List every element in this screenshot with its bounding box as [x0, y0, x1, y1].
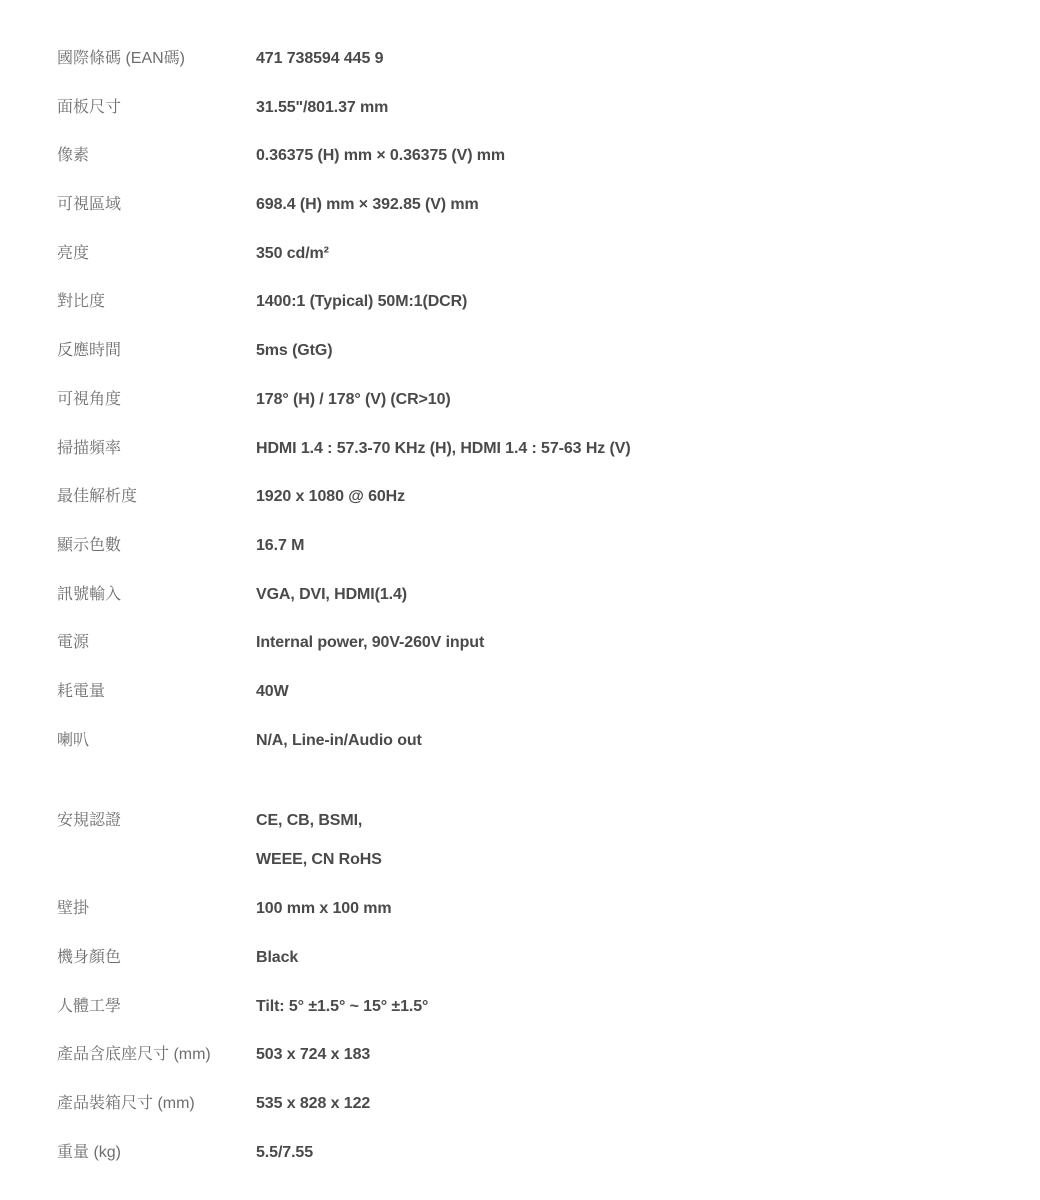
spec-row: 對比度 1400:1 (Typical) 50M:1(DCR): [57, 291, 1020, 340]
spec-value-line: 5ms (GtG): [256, 340, 1020, 361]
spec-value-line: 1400:1 (Typical) 50M:1(DCR): [256, 291, 1020, 312]
spec-value-line: 503 x 724 x 183: [256, 1044, 1020, 1065]
spec-label: 訊號輸入: [57, 584, 256, 605]
spec-label: 像素: [57, 145, 256, 166]
spec-row: 掃描頻率 HDMI 1.4 : 57.3-70 KHz (H), HDMI 1.…: [57, 438, 1020, 487]
spec-row: 可視區域 698.4 (H) mm × 392.85 (V) mm: [57, 194, 1020, 243]
spec-value: 5ms (GtG): [256, 340, 1020, 361]
spec-value: 31.55"/801.37 mm: [256, 97, 1020, 118]
spec-label: 可視區域: [57, 194, 256, 215]
spec-row: 國際條碼 (EAN碼) 471 738594 445 9: [57, 48, 1020, 97]
spec-row: 耗電量 40W: [57, 681, 1020, 730]
spec-label: 對比度: [57, 291, 256, 312]
spec-value: 100 mm x 100 mm: [256, 898, 1020, 919]
spec-row: 像素 0.36375 (H) mm × 0.36375 (V) mm: [57, 145, 1020, 194]
spec-value: 40W: [256, 681, 1020, 702]
spec-value-line: WEEE, CN RoHS: [256, 849, 1020, 870]
page: { "page": { "background": "#ffffff", "la…: [0, 0, 1040, 1200]
spec-row: 亮度 350 cd/m²: [57, 243, 1020, 292]
spec-row: 訊號輸入 VGA, DVI, HDMI(1.4): [57, 584, 1020, 633]
spec-value-line: Black: [256, 947, 1020, 968]
spec-label: 壁掛: [57, 898, 256, 919]
spec-row: 可視角度 178° (H) / 178° (V) (CR>10): [57, 389, 1020, 438]
spec-label: 面板尺寸: [57, 97, 256, 118]
spec-label: 產品含底座尺寸 (mm): [57, 1044, 256, 1065]
spec-label: 可視角度: [57, 389, 256, 410]
spec-label: 反應時間: [57, 340, 256, 361]
spec-value-line: 31.55"/801.37 mm: [256, 97, 1020, 118]
spec-label: 機身顏色: [57, 947, 256, 968]
spec-value-line: 698.4 (H) mm × 392.85 (V) mm: [256, 194, 1020, 215]
spec-row: 人體工學 Tilt: 5° ±1.5° ~ 15° ±1.5°: [57, 996, 1020, 1045]
spec-value: 350 cd/m²: [256, 243, 1020, 264]
spec-label: 最佳解析度: [57, 486, 256, 507]
spec-value-line: 100 mm x 100 mm: [256, 898, 1020, 919]
spec-row: 面板尺寸 31.55"/801.37 mm: [57, 97, 1020, 146]
spec-label: 電源: [57, 632, 256, 653]
spec-value: N/A, Line-in/Audio out: [256, 730, 1020, 751]
spec-value: 1920 x 1080 @ 60Hz: [256, 486, 1020, 507]
spec-value-line: 471 738594 445 9: [256, 48, 1020, 69]
spec-label: 人體工學: [57, 996, 256, 1017]
spec-value-line: 0.36375 (H) mm × 0.36375 (V) mm: [256, 145, 1020, 166]
spec-value-line: VGA, DVI, HDMI(1.4): [256, 584, 1020, 605]
spec-value: 5.5/7.55: [256, 1142, 1020, 1163]
spec-label: 喇叭: [57, 730, 256, 751]
spec-label: 國際條碼 (EAN碼): [57, 48, 256, 69]
spec-value-line: 5.5/7.55: [256, 1142, 1020, 1163]
spec-label: 安規認證: [57, 810, 256, 831]
spec-label: 顯示色數: [57, 535, 256, 556]
spec-value-line: 535 x 828 x 122: [256, 1093, 1020, 1114]
spec-value: 698.4 (H) mm × 392.85 (V) mm: [256, 194, 1020, 215]
spec-row: 最佳解析度 1920 x 1080 @ 60Hz: [57, 486, 1020, 535]
spec-table: 國際條碼 (EAN碼) 471 738594 445 9 面板尺寸 31.55"…: [0, 0, 1040, 1190]
spec-value-line: 1920 x 1080 @ 60Hz: [256, 486, 1020, 507]
spec-value-line: 16.7 M: [256, 535, 1020, 556]
spec-label: 耗電量: [57, 681, 256, 702]
spec-row: 產品裝箱尺寸 (mm) 535 x 828 x 122: [57, 1093, 1020, 1142]
spec-value-line: 178° (H) / 178° (V) (CR>10): [256, 389, 1020, 410]
spec-value: 178° (H) / 178° (V) (CR>10): [256, 389, 1020, 410]
spec-label: 掃描頻率: [57, 438, 256, 459]
spec-row: 電源 Internal power, 90V-260V input: [57, 632, 1020, 681]
spec-row: 重量 (kg) 5.5/7.55: [57, 1142, 1020, 1191]
spec-value-line: 40W: [256, 681, 1020, 702]
spec-row: 顯示色數 16.7 M: [57, 535, 1020, 584]
spec-label: 重量 (kg): [57, 1142, 256, 1163]
spec-value: 0.36375 (H) mm × 0.36375 (V) mm: [256, 145, 1020, 166]
spec-value: HDMI 1.4 : 57.3-70 KHz (H), HDMI 1.4 : 5…: [256, 438, 1020, 459]
spec-row: 壁掛 100 mm x 100 mm: [57, 898, 1020, 947]
spec-value-line: N/A, Line-in/Audio out: [256, 730, 1020, 751]
spec-value: 471 738594 445 9: [256, 48, 1020, 69]
spec-value-line: Internal power, 90V-260V input: [256, 632, 1020, 653]
spec-row: 機身顏色 Black: [57, 947, 1020, 996]
spec-value-line: HDMI 1.4 : 57.3-70 KHz (H), HDMI 1.4 : 5…: [256, 438, 1020, 459]
spec-value: Tilt: 5° ±1.5° ~ 15° ±1.5°: [256, 996, 1020, 1017]
spec-row: 產品含底座尺寸 (mm) 503 x 724 x 183: [57, 1044, 1020, 1093]
spec-label: 亮度: [57, 243, 256, 264]
spec-value-line: Tilt: 5° ±1.5° ~ 15° ±1.5°: [256, 996, 1020, 1017]
spec-value: 503 x 724 x 183: [256, 1044, 1020, 1065]
spec-row: 安規認證 CE, CB, BSMI,WEEE, CN RoHS: [57, 810, 1020, 898]
spec-row: 反應時間 5ms (GtG): [57, 340, 1020, 389]
spec-value: Internal power, 90V-260V input: [256, 632, 1020, 653]
spec-value: VGA, DVI, HDMI(1.4): [256, 584, 1020, 605]
spec-label: 產品裝箱尺寸 (mm): [57, 1093, 256, 1114]
spec-row: 喇叭 N/A, Line-in/Audio out: [57, 730, 1020, 779]
spec-value: Black: [256, 947, 1020, 968]
spec-value: CE, CB, BSMI,WEEE, CN RoHS: [256, 810, 1020, 870]
spec-value: 1400:1 (Typical) 50M:1(DCR): [256, 291, 1020, 312]
spec-value-line: 350 cd/m²: [256, 243, 1020, 264]
spec-value: 535 x 828 x 122: [256, 1093, 1020, 1114]
spec-value-line: CE, CB, BSMI,: [256, 810, 1020, 831]
spec-value: 16.7 M: [256, 535, 1020, 556]
